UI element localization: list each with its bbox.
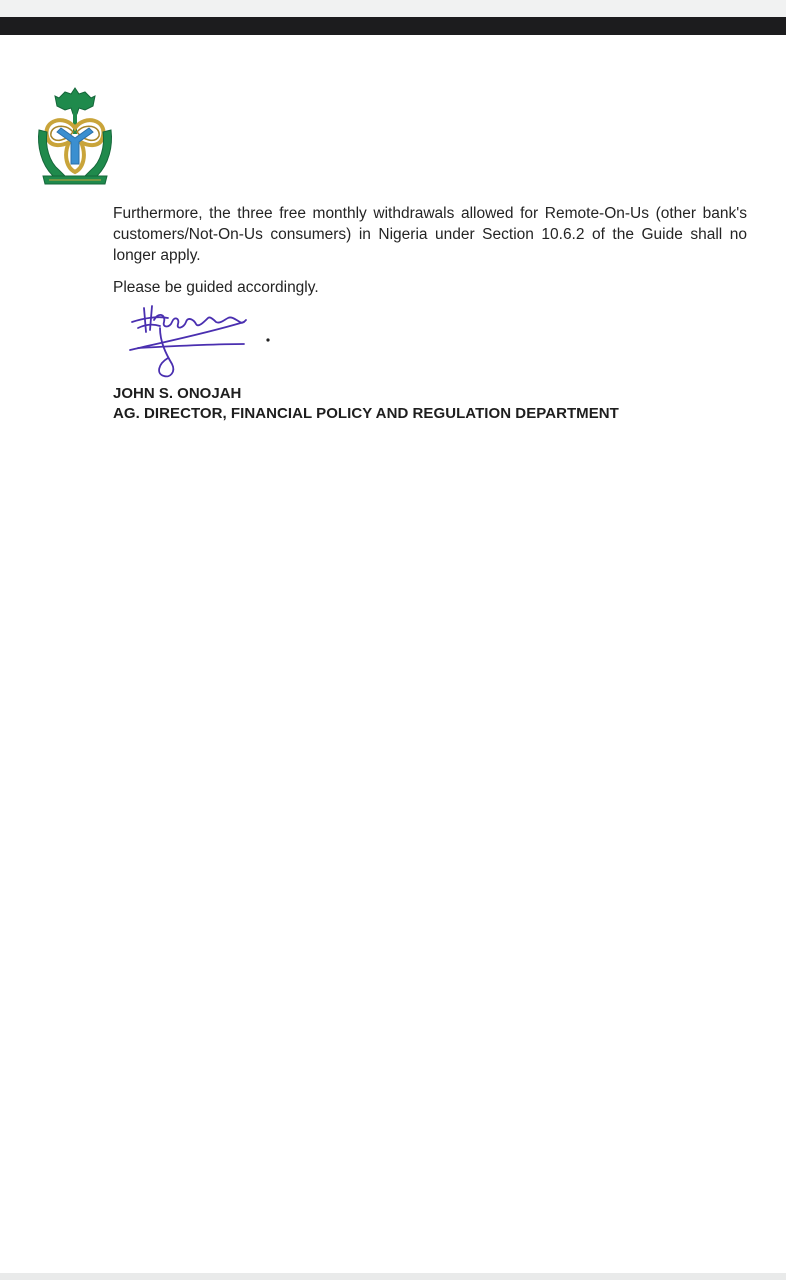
signatory-title: AG. DIRECTOR, FINANCIAL POLICY AND REGUL… (113, 404, 619, 424)
top-strip (0, 0, 786, 17)
cbn-logo-icon (35, 84, 115, 186)
closing-line: Please be guided accordingly. (113, 277, 319, 298)
signature-icon (124, 302, 274, 380)
signatory-name: JOHN S. ONOJAH (113, 384, 241, 404)
bottom-strip (0, 1273, 786, 1280)
header-bar (0, 17, 786, 35)
body-paragraph: Furthermore, the three free monthly with… (113, 203, 747, 266)
